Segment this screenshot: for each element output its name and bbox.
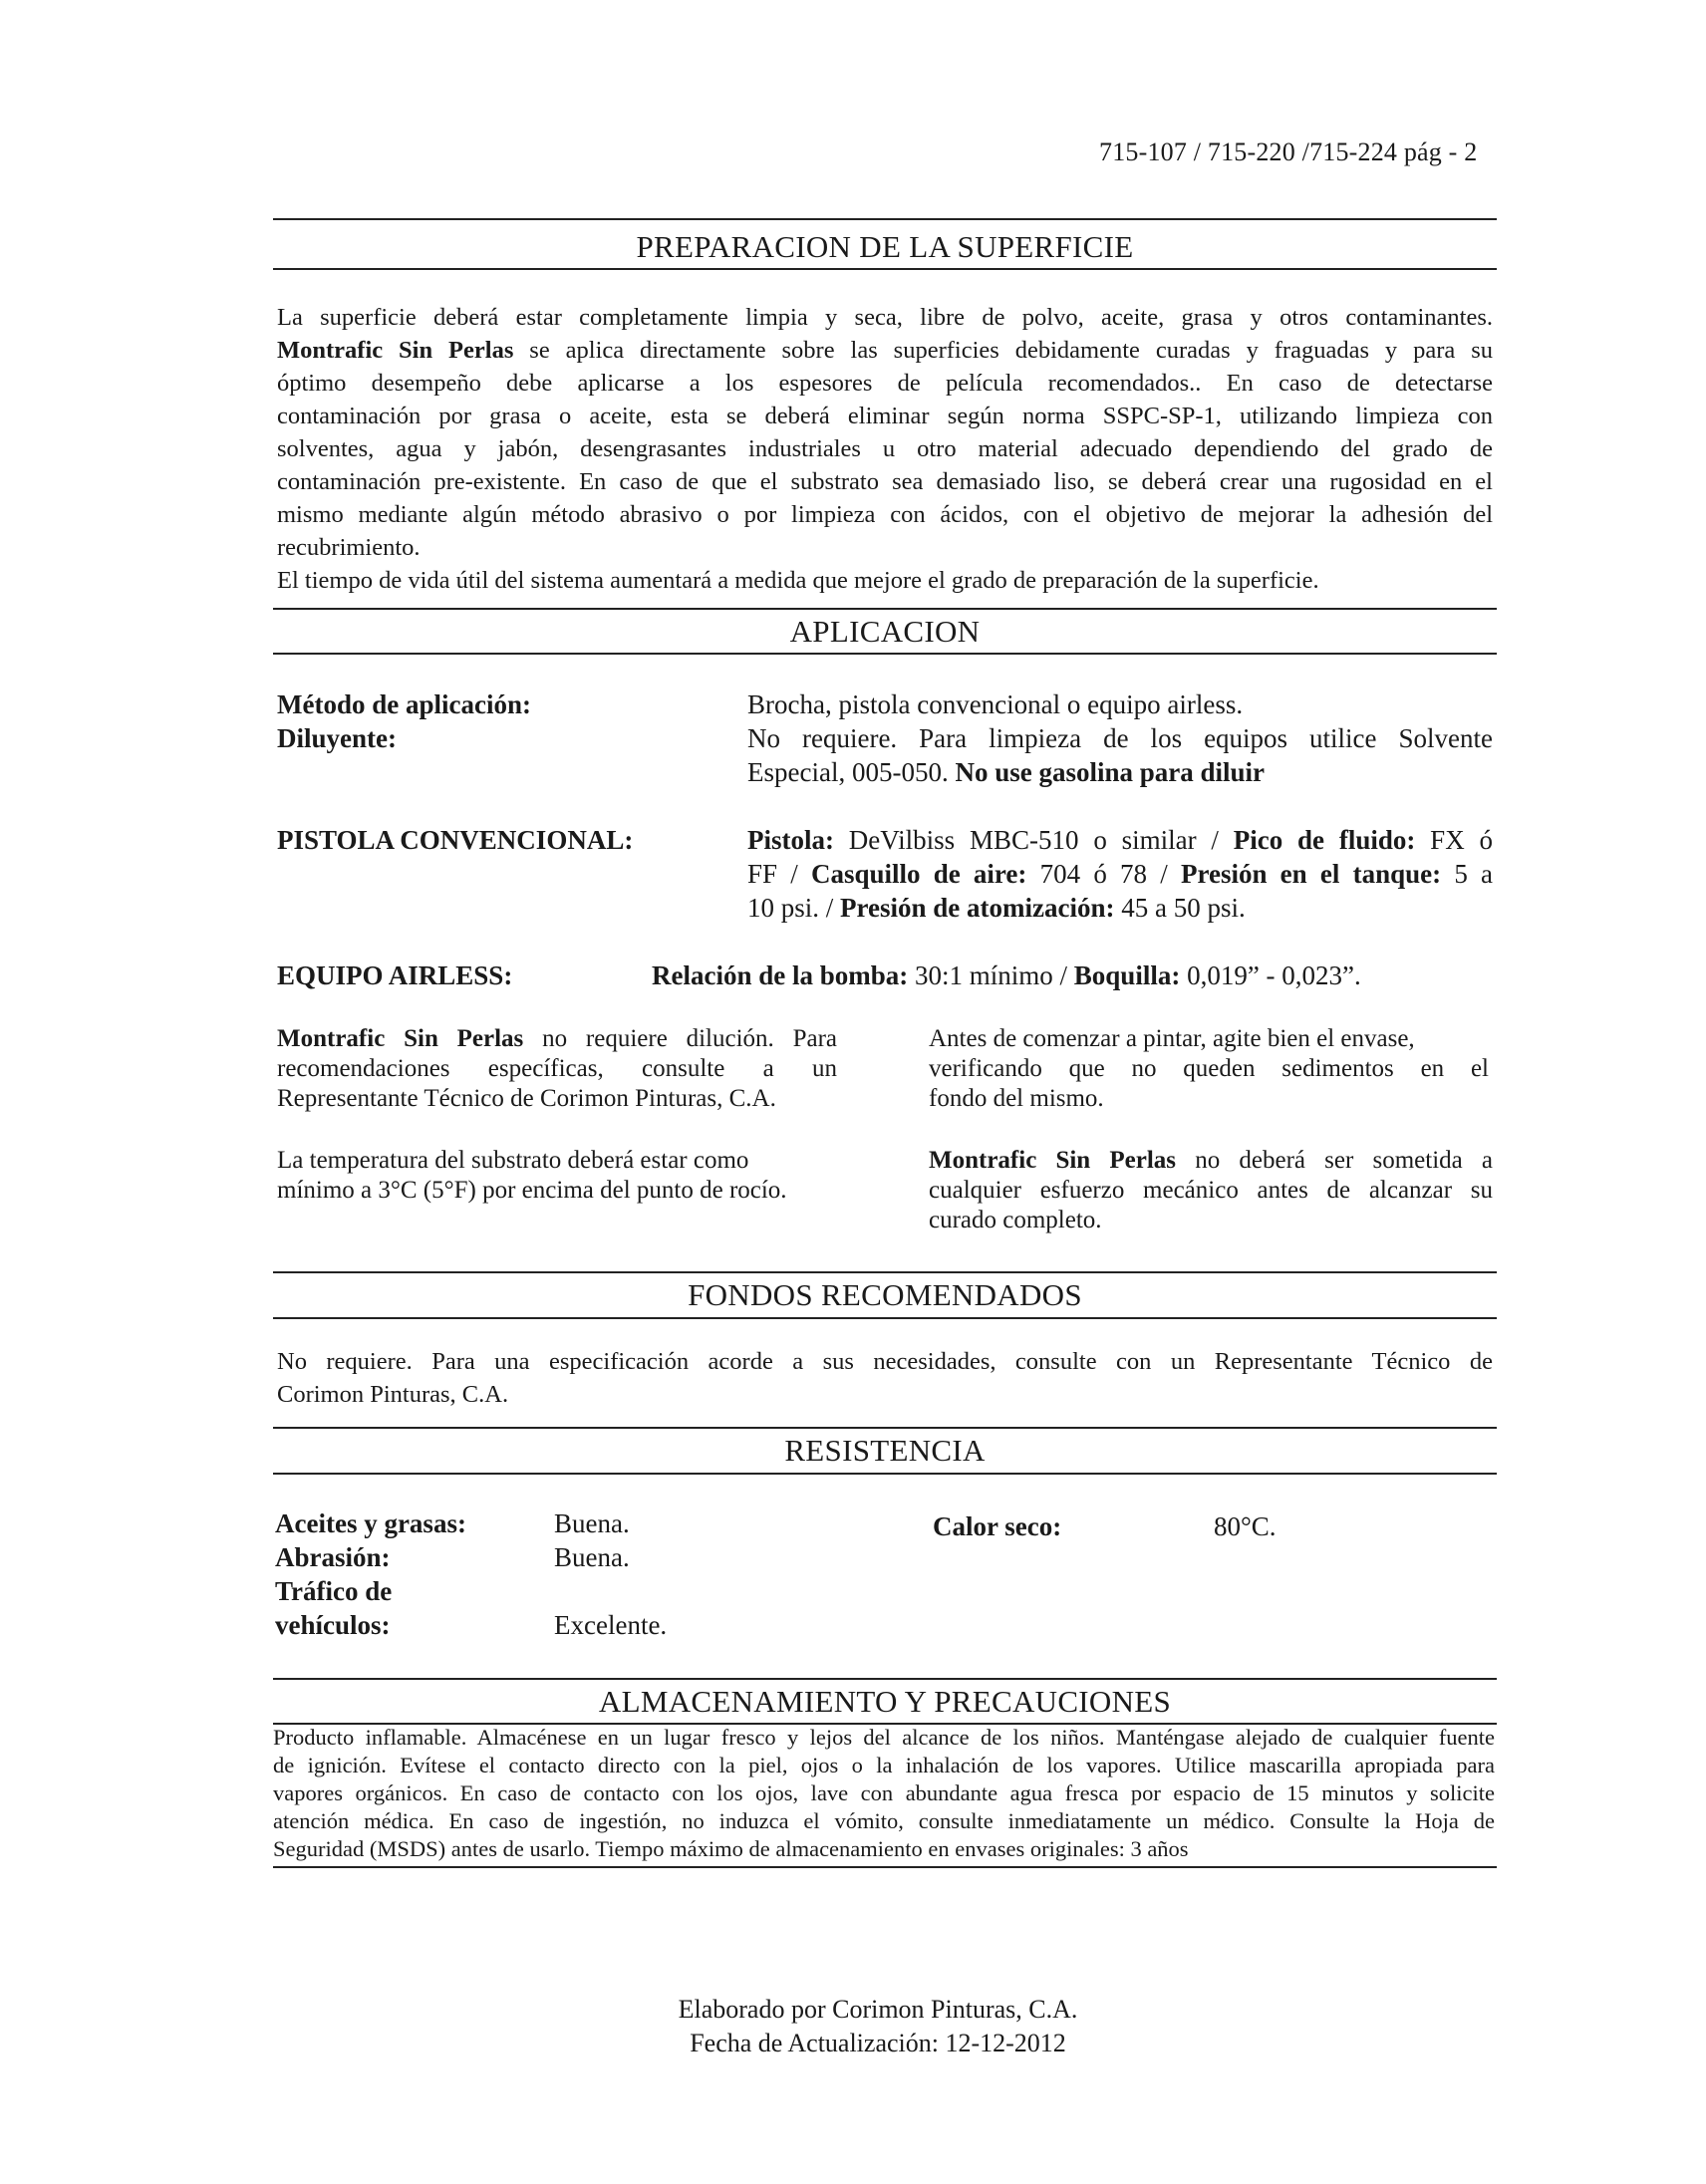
metodo-diluyente-values: Brocha, pistola convencional o equipo ai… (747, 687, 1493, 789)
text-line: La superficie deberá estar completamente… (277, 301, 1493, 334)
product-name: Montrafic Sin Perlas (277, 337, 513, 364)
text-line: de ignición. Evítese el contacto directo… (273, 1752, 1495, 1779)
text-line: solventes, agua y jabón, desengrasantes … (277, 432, 1493, 465)
section-rule-bottom (273, 1473, 1497, 1475)
section-title-fondos: FONDOS RECOMENDADOS (273, 1277, 1497, 1313)
metodo-value: Brocha, pistola convencional o equipo ai… (747, 687, 1493, 721)
text-line: Seguridad (MSDS) antes de usarlo. Tiempo… (273, 1835, 1495, 1863)
fondos-paragraph: No requiere. Para una especificación aco… (277, 1345, 1493, 1411)
almacenamiento-paragraph: Producto inflamable. Almacénese en un lu… (273, 1724, 1495, 1863)
text-line: curado completo. (929, 1206, 1493, 1235)
note-temperatura: La temperatura del substrato deberá esta… (277, 1146, 837, 1206)
section-rule-top (273, 1271, 1497, 1273)
diluyente-value: No requiere. Para limpieza de los equipo… (747, 721, 1493, 755)
text-line: Montrafic Sin Perlas no deberá ser somet… (929, 1146, 1493, 1176)
section-title-aplicacion: APLICACION (273, 614, 1497, 650)
footer-elaborado: Elaborado por Corimon Pinturas, C.A. (0, 1993, 1706, 2027)
section-title-almacenamiento: ALMACENAMIENTO Y PRECAUCIONES (273, 1684, 1497, 1720)
resistencia-value-aceites: Buena. (554, 1506, 630, 1540)
section-title-resistencia: RESISTENCIA (273, 1433, 1497, 1469)
section-rule-top (273, 608, 1497, 610)
section-rule-bottom (273, 653, 1497, 655)
resistencia-label-calor: Calor seco: (933, 1509, 1061, 1543)
diluyente-value: Especial, 005-050. No use gasolina para … (747, 755, 1493, 789)
text-line: óptimo desempeño debe aplicarse a los es… (277, 367, 1493, 400)
product-name: Montrafic Sin Perlas (277, 1025, 523, 1052)
section-rule-top (273, 1427, 1497, 1429)
metodo-label: Método de aplicación: (277, 687, 531, 721)
section-rule-end (273, 1866, 1497, 1868)
text-line: contaminación pre-existente. En caso de … (277, 465, 1493, 498)
diluyente-warning: No use gasolina para diluir (955, 757, 1265, 787)
section-rule-bottom (273, 1317, 1497, 1319)
section-rule-bottom (273, 268, 1497, 270)
text-line: El tiempo de vida útil del sistema aumen… (277, 564, 1493, 597)
text-line: mismo mediante algún método abrasivo o p… (277, 498, 1493, 531)
equipo-airless-label: EQUIPO AIRLESS: (277, 958, 512, 992)
text-line: Montrafic Sin Perlas se aplica directame… (277, 334, 1493, 367)
text-line: Antes de comenzar a pintar, agite bien e… (929, 1024, 1489, 1054)
resistencia-value-trafico: Excelente. (554, 1608, 667, 1642)
text-line: atención médica. En caso de ingestión, n… (273, 1807, 1495, 1835)
resistencia-label-trafico: vehículos: (275, 1608, 391, 1642)
preparacion-paragraph: La superficie deberá estar completamente… (277, 301, 1493, 597)
text-line: FF / Casquillo de aire: 704 ó 78 / Presi… (747, 857, 1493, 891)
section-rule-top (273, 1678, 1497, 1680)
text-line: Representante Técnico de Corimon Pintura… (277, 1084, 837, 1114)
resistencia-value-abrasion: Buena. (554, 1540, 630, 1574)
resistencia-value-calor: 80°C. (1214, 1509, 1277, 1543)
text-line: 10 psi. / Presión de atomización: 45 a 5… (747, 891, 1493, 925)
section-rule-top (273, 218, 1497, 220)
equipo-airless-values: Relación de la bomba: 30:1 mínimo / Boqu… (652, 958, 1509, 992)
text-line: Corimon Pinturas, C.A. (277, 1378, 1493, 1411)
text-line: fondo del mismo. (929, 1084, 1489, 1114)
section-title-preparacion: PREPARACION DE LA SUPERFICIE (273, 229, 1497, 265)
footer-fecha: Fecha de Actualización: 12-12-2012 (0, 2027, 1706, 2060)
resistencia-label-trafico: Tráfico de (275, 1574, 392, 1608)
text-line: verificando que no queden sedimentos en … (929, 1054, 1489, 1084)
note-esfuerzo: Montrafic Sin Perlas no deberá ser somet… (929, 1146, 1493, 1235)
text-line: Producto inflamable. Almacénese en un lu… (273, 1724, 1495, 1752)
text-line: No requiere. Para una especificación aco… (277, 1345, 1493, 1378)
text-line: Pistola: DeVilbiss MBC-510 o similar / P… (747, 823, 1493, 857)
text-line: recomendaciones específicas, consulte a … (277, 1054, 837, 1084)
page-reference: 715-107 / 715-220 /715-224 pág - 2 (1099, 137, 1477, 167)
product-name: Montrafic Sin Perlas (929, 1147, 1176, 1174)
note-agitar: Antes de comenzar a pintar, agite bien e… (929, 1024, 1489, 1114)
pistola-convencional-values: Pistola: DeVilbiss MBC-510 o similar / P… (747, 823, 1493, 925)
text-line: recubrimiento. (277, 531, 1493, 564)
text-line: Relación de la bomba: 30:1 mínimo / Boqu… (652, 958, 1509, 992)
resistencia-label-aceites: Aceites y grasas: (275, 1506, 466, 1540)
text-line: Montrafic Sin Perlas no requiere dilució… (277, 1024, 837, 1054)
resistencia-label-abrasion: Abrasión: (275, 1540, 391, 1574)
text-line: cualquier esfuerzo mecánico antes de alc… (929, 1176, 1493, 1206)
text-line: vapores orgánicos. En caso de contacto c… (273, 1779, 1495, 1807)
note-dilucion: Montrafic Sin Perlas no requiere dilució… (277, 1024, 837, 1114)
text-line: mínimo a 3°C (5°F) por encima del punto … (277, 1176, 837, 1206)
diluyente-label: Diluyente: (277, 721, 397, 755)
text-line: contaminación por grasa o aceite, esta s… (277, 400, 1493, 432)
text-line: La temperatura del substrato deberá esta… (277, 1146, 837, 1176)
pistola-convencional-label: PISTOLA CONVENCIONAL: (277, 823, 633, 857)
